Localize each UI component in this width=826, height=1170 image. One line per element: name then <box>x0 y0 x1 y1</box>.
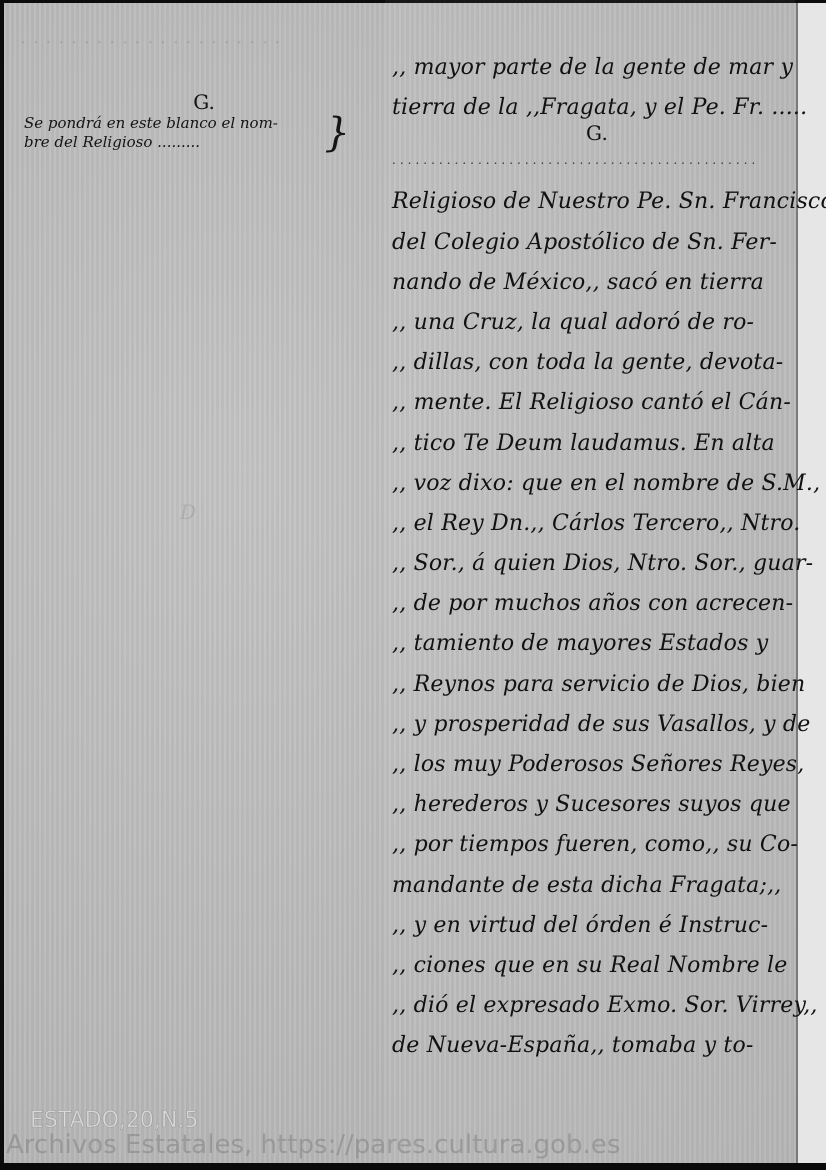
text-line: ,, voz dixo: que en el nombre de S.M., <box>392 464 802 504</box>
margin-note-letter: G. <box>64 90 344 114</box>
blank-line: ........................................… <box>392 146 802 182</box>
margin-note: G. Se pondrá en este blanco el nom- bre … <box>24 90 344 152</box>
text-line: Religioso de Nuestro Pe. Sn. Francisco, <box>392 182 802 222</box>
text-line: ,, y en virtud del órden é Instruc- <box>392 906 802 946</box>
scan-border <box>0 1163 826 1170</box>
text-line: ,, tamiento de mayores Estados y <box>392 624 802 664</box>
text-line: ,, el Rey Dn.,, Cárlos Tercero,, Ntro. <box>392 504 802 544</box>
text-line: ,, mayor parte de la gente de mar y <box>392 48 802 88</box>
margin-note-text: Se pondrá en este blanco el nom- bre del… <box>24 114 344 152</box>
text-line: del Colegio Apostólico de Sn. Fer- <box>392 223 802 263</box>
text-line: ,, Sor., á quien Dios, Ntro. Sor., guar- <box>392 544 802 584</box>
text-line: ,, los muy Poderosos Señores Reyes, <box>392 745 802 785</box>
archive-credit-watermark: Archivos Estatales, https://pares.cultur… <box>6 1130 620 1160</box>
text-line: ,, y prosperidad de sus Vasallos, y de <box>392 705 802 745</box>
text-line: ,, mente. El Religioso cantó el Cán- <box>392 383 802 423</box>
text-line: ,, una Cruz, la qual adoró de ro- <box>392 303 802 343</box>
margin-note-line: bre del Religioso ......... <box>24 133 330 152</box>
text-line: mandante de esta dicha Fragata;,, <box>392 866 802 906</box>
text-line: ,, dió el expresado Exmo. Sor. Virrey,, <box>392 986 802 1026</box>
brace-icon: } <box>325 114 350 152</box>
margin-note-line: Se pondrá en este blanco el nom- <box>24 114 330 133</box>
bleed-through-text: · · · · · · · · · · · · · · · · · · · · … <box>20 30 281 54</box>
text-line: ,, ciones que en su Real Nombre le <box>392 946 802 986</box>
text-line: ,, por tiempos fueren, como,, su Co- <box>392 825 802 865</box>
text-line: ,, herederos y Sucesores suyos que <box>392 785 802 825</box>
text-line: ,, dillas, con toda la gente, devota- <box>392 343 802 383</box>
text-line: de Nueva-España,, tomaba y to- <box>392 1026 802 1066</box>
text-line: nando de México,, sacó en tierra <box>392 263 802 303</box>
text-line: ,, de por muchos años con acrecen- <box>392 584 802 624</box>
main-text-body: ,, mayor parte de la gente de mar y tier… <box>392 52 802 1067</box>
bleed-through-text: D <box>180 500 196 524</box>
text-line: ,, tico Te Deum laudamus. En alta <box>392 424 802 464</box>
text-line: ,, Reynos para servicio de Dios, bien <box>392 665 802 705</box>
